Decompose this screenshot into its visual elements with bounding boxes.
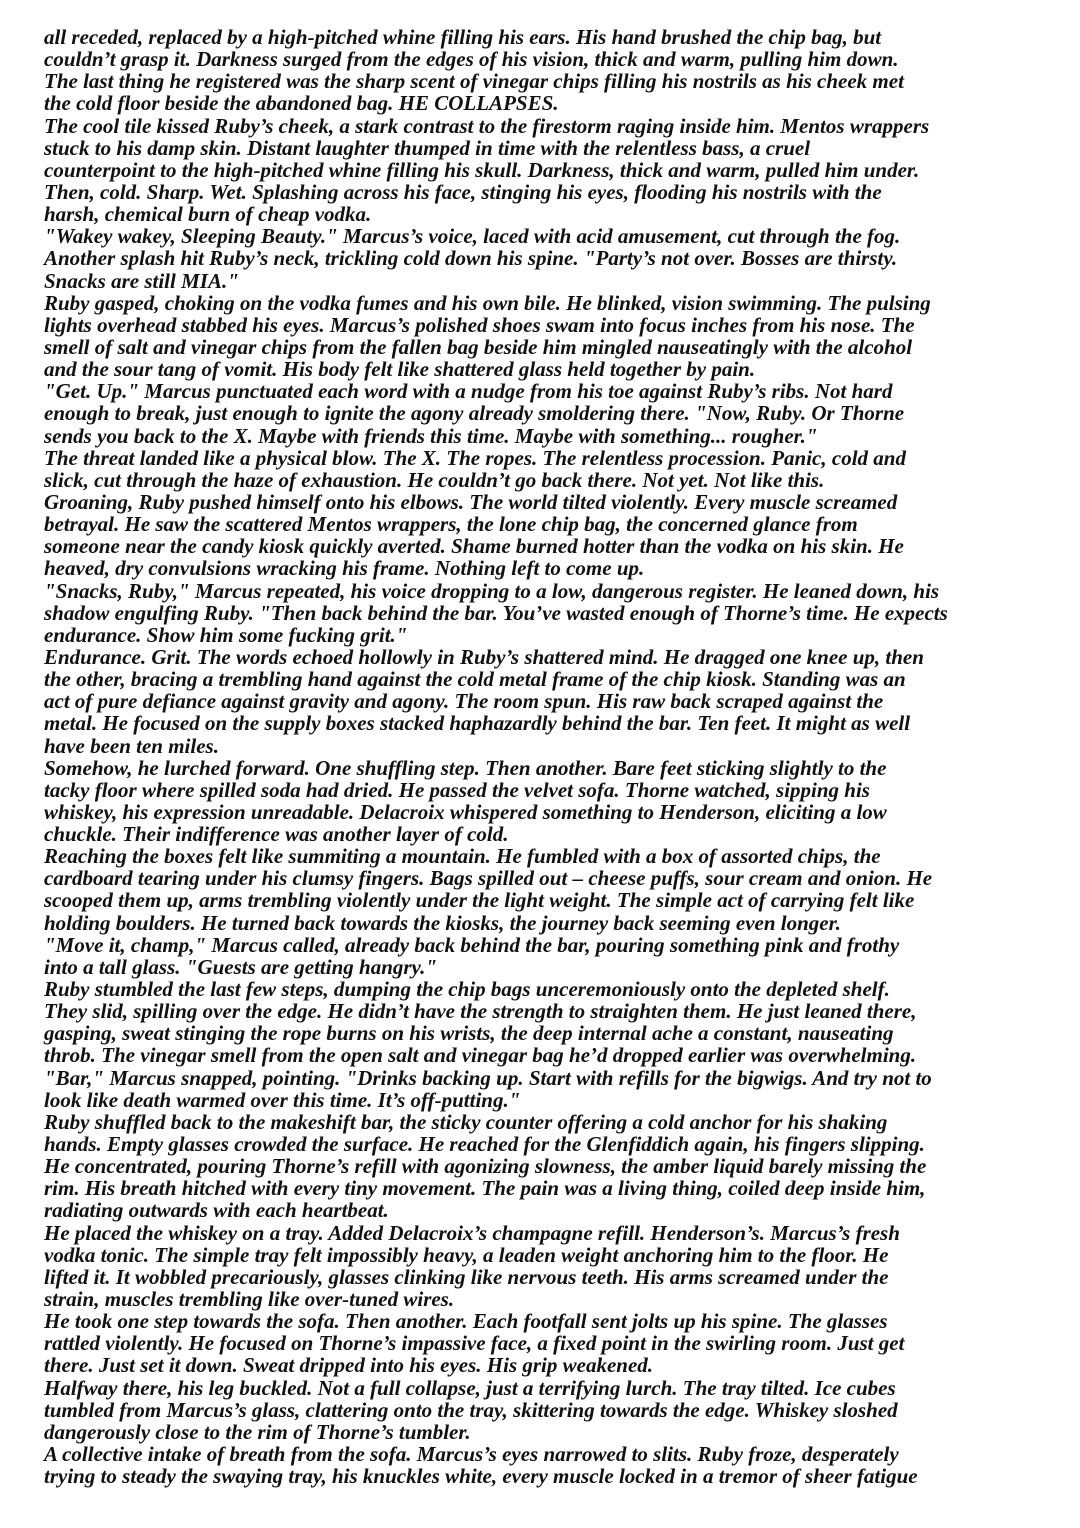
text-line: the other, bracing a trembling hand agai… <box>44 668 1044 690</box>
text-line: A collective intake of breath from the s… <box>44 1443 1044 1465</box>
text-line: endurance. Show him some fucking grit." <box>44 624 1044 646</box>
text-line: "Move it, champ," Marcus called, already… <box>44 934 1044 956</box>
text-line: betrayal. He saw the scattered Mentos wr… <box>44 513 1044 535</box>
text-line: tacky floor where spilled soda had dried… <box>44 779 1044 801</box>
text-line: Endurance. Grit. The words echoed hollow… <box>44 646 1044 668</box>
text-line: Snacks are still MIA." <box>44 270 1044 292</box>
text-line: counterpoint to the high-pitched whine f… <box>44 159 1044 181</box>
text-line: harsh, chemical burn of cheap vodka. <box>44 203 1044 225</box>
text-line: scooped them up, arms trembling violentl… <box>44 889 1044 911</box>
text-line: vodka tonic. The simple tray felt imposs… <box>44 1244 1044 1266</box>
text-line: Halfway there, his leg buckled. Not a fu… <box>44 1377 1044 1399</box>
text-line: and the sour tang of vomit. His body fel… <box>44 358 1044 380</box>
document-body: all receded, replaced by a high-pitched … <box>44 26 1044 1487</box>
text-line: tumbled from Marcus’s glass, clattering … <box>44 1399 1044 1421</box>
text-line: Groaning, Ruby pushed himself onto his e… <box>44 491 1044 513</box>
text-line: Reaching the boxes felt like summiting a… <box>44 845 1044 867</box>
text-line: "Wakey wakey, Sleeping Beauty." Marcus’s… <box>44 225 1044 247</box>
text-line: act of pure defiance against gravity and… <box>44 690 1044 712</box>
text-line: "Snacks, Ruby," Marcus repeated, his voi… <box>44 580 1044 602</box>
text-line: throb. The vinegar smell from the open s… <box>44 1044 1044 1066</box>
text-line: Another splash hit Ruby’s neck, tricklin… <box>44 247 1044 269</box>
text-line: radiating outwards with each heartbeat. <box>44 1199 1044 1221</box>
text-line: rim. His breath hitched with every tiny … <box>44 1177 1044 1199</box>
text-line: rattled violently. He focused on Thorne’… <box>44 1332 1044 1354</box>
text-line: shadow engulfing Ruby. "Then back behind… <box>44 602 1044 624</box>
text-line: lights overhead stabbed his eyes. Marcus… <box>44 314 1044 336</box>
text-line: into a tall glass. "Guests are getting h… <box>44 956 1044 978</box>
text-line: have been ten miles. <box>44 735 1044 757</box>
text-line: They slid, spilling over the edge. He di… <box>44 1000 1044 1022</box>
text-line: dangerously close to the rim of Thorne’s… <box>44 1421 1044 1443</box>
text-line: He placed the whiskey on a tray. Added D… <box>44 1222 1044 1244</box>
text-line: Ruby stumbled the last few steps, dumpin… <box>44 978 1044 1000</box>
text-line: The threat landed like a physical blow. … <box>44 447 1044 469</box>
text-line: Then, cold. Sharp. Wet. Splashing across… <box>44 181 1044 203</box>
text-line: the cold floor beside the abandoned bag.… <box>44 92 1044 114</box>
text-line: cardboard tearing under his clumsy finge… <box>44 867 1044 889</box>
text-line: stuck to his damp skin. Distant laughter… <box>44 137 1044 159</box>
text-line: Ruby shuffled back to the makeshift bar,… <box>44 1111 1044 1133</box>
text-line: chuckle. Their indifference was another … <box>44 823 1044 845</box>
text-line: gasping, sweat stinging the rope burns o… <box>44 1022 1044 1044</box>
text-line: someone near the candy kiosk quickly ave… <box>44 535 1044 557</box>
text-line: strain, muscles trembling like over-tune… <box>44 1288 1044 1310</box>
text-line: He took one step towards the sofa. Then … <box>44 1310 1044 1332</box>
text-line: whiskey, his expression unreadable. Dela… <box>44 801 1044 823</box>
text-line: Somehow, he lurched forward. One shuffli… <box>44 757 1044 779</box>
text-line: all receded, replaced by a high-pitched … <box>44 26 1044 48</box>
text-line: look like death warmed over this time. I… <box>44 1089 1044 1111</box>
text-line: The last thing he registered was the sha… <box>44 70 1044 92</box>
text-line: smell of salt and vinegar chips from the… <box>44 336 1044 358</box>
text-line: The cool tile kissed Ruby’s cheek, a sta… <box>44 115 1044 137</box>
text-line: Ruby gasped, choking on the vodka fumes … <box>44 292 1044 314</box>
text-line: metal. He focused on the supply boxes st… <box>44 712 1044 734</box>
text-line: hands. Empty glasses crowded the surface… <box>44 1133 1044 1155</box>
text-line: "Get. Up." Marcus punctuated each word w… <box>44 380 1044 402</box>
text-line: slick, cut through the haze of exhaustio… <box>44 469 1044 491</box>
text-line: "Bar," Marcus snapped, pointing. "Drinks… <box>44 1067 1044 1089</box>
text-line: there. Just set it down. Sweat dripped i… <box>44 1354 1044 1376</box>
text-line: holding boulders. He turned back towards… <box>44 912 1044 934</box>
text-line: He concentrated, pouring Thorne’s refill… <box>44 1155 1044 1177</box>
text-line: sends you back to the X. Maybe with frie… <box>44 425 1044 447</box>
text-line: lifted it. It wobbled precariously, glas… <box>44 1266 1044 1288</box>
text-line: heaved, dry convulsions wracking his fra… <box>44 557 1044 579</box>
text-line: couldn’t grasp it. Darkness surged from … <box>44 48 1044 70</box>
text-line: trying to steady the swaying tray, his k… <box>44 1465 1044 1487</box>
text-line: enough to break, just enough to ignite t… <box>44 402 1044 424</box>
